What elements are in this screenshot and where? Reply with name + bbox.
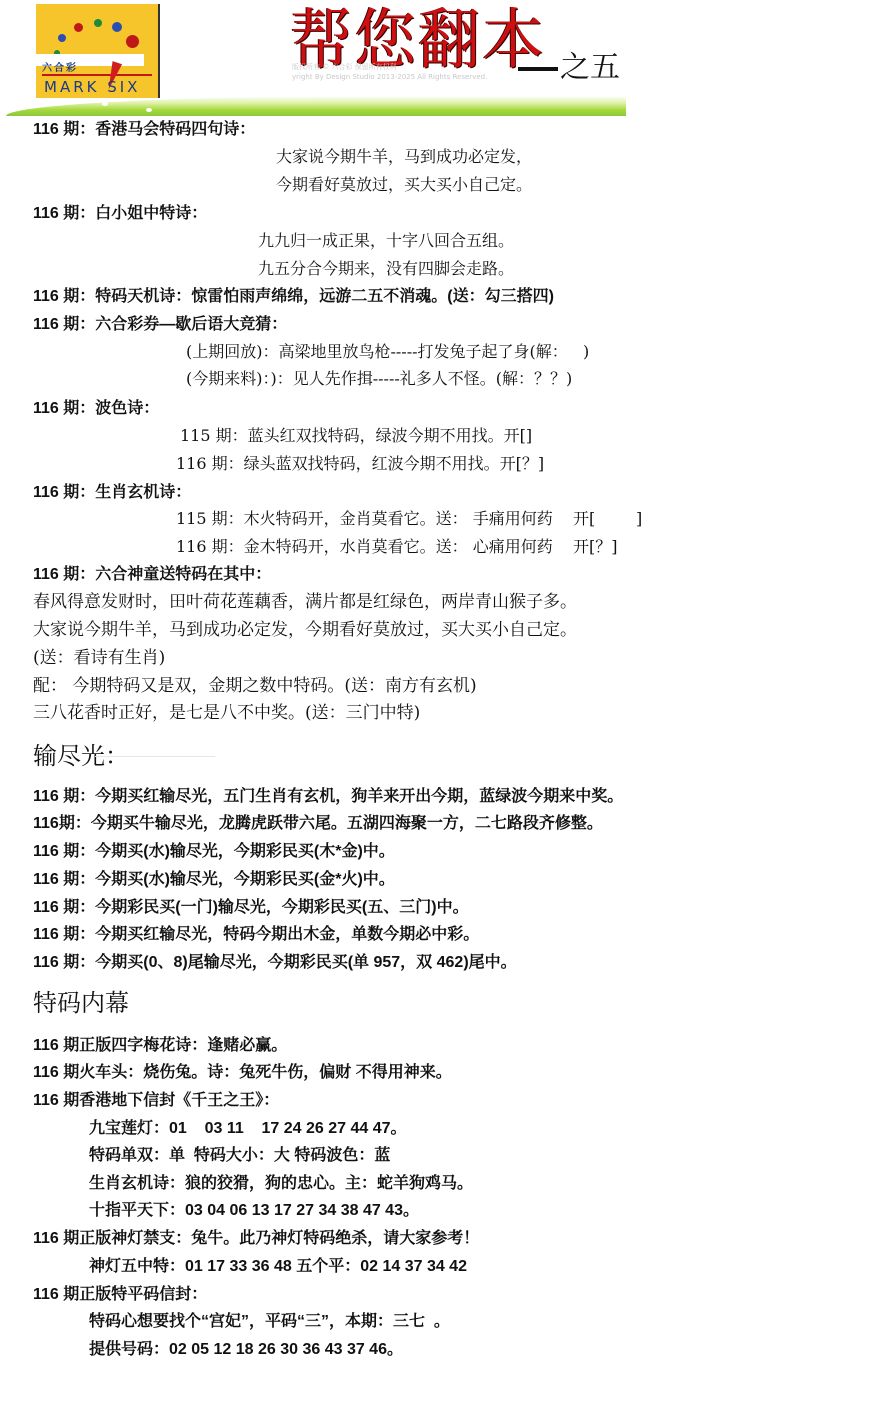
lose-all-item: 116 期：今期买红输尽光，五门生肖有玄机，狗羊来开出今期，蓝绿波今期来中奖。	[33, 786, 623, 808]
flat-line: 特码心想要找个“宫妃”，平码“三”，本期：三七 。	[89, 1311, 450, 1333]
inside-item: 116 期香港地下信封《千王之王》：	[33, 1090, 279, 1112]
envelope-line: 九宝莲灯：01 03 11 17 24 26 27 44 47。	[89, 1118, 407, 1140]
zodiac-line: 115 期：木火特码开，金肖莫看它。送： 手痛用何药 开[ ]	[176, 508, 642, 530]
inside-item: 116 期火车头：烧伤兔。诗：兔死牛伤，偏财 不得用神来。	[33, 1062, 452, 1084]
copyright-text: 版权所有 © 六合彩 保留所有权利 yright By Design Studi…	[292, 62, 487, 82]
logo-dot-icon	[58, 34, 66, 42]
poem-line: 春风得意发财时，田叶荷花莲藕香，满片都是红绿色，两岸青山猴子多。	[33, 591, 577, 613]
wave-line: 116 期：绿头蓝双找特码，红波今期不用找。开[？]	[176, 453, 544, 475]
lose-all-item: 116 期：今期买红输尽光，特码今期出木金，单数今期必中彩。	[33, 924, 479, 946]
flat-line: 提供号码：02 05 12 18 26 30 36 43 37 46。	[89, 1339, 403, 1361]
envelope-line: 特码单双：单 特码大小：大 特码波色：蓝	[89, 1145, 390, 1167]
lamp-lead: 116 期正版神灯禁支：兔牛。此乃神灯特码绝杀，请大家参考！	[33, 1228, 479, 1250]
mark-six-logo: 六合彩 MARK SIX	[36, 4, 160, 98]
envelope-line: 生肖玄机诗：狼的狡猾，狗的忠心。主：蛇羊狗鸡马。	[89, 1173, 473, 1195]
inside-item: 116 期正版四字梅花诗：逢赌必赢。	[33, 1035, 287, 1057]
poem-line: 九九归一成正果，十字八回合五组。	[258, 230, 514, 252]
envelope-line: 十指平天下：03 04 06 13 17 27 34 38 47 43。	[89, 1200, 419, 1222]
page-subtitle: 之五	[518, 42, 620, 86]
poem-line: 配： 今期特码又是双，金期之数中特码。(送：南方有玄机)	[33, 675, 477, 697]
poem-line: 今期看好莫放过，买大买小自己定。	[276, 174, 532, 196]
green-band-divider	[6, 96, 626, 116]
flat-lead: 116 期正版特平码信封：	[33, 1284, 207, 1306]
section-lead: 116 期：特码天机诗：惊雷怕雨声绵绵，远游二五不消魂。(送：勾三搭四)	[33, 286, 554, 308]
poem-line: (送：看诗有生肖)	[33, 647, 165, 669]
heading-rule	[95, 756, 215, 757]
logo-dot-icon	[112, 22, 122, 32]
logo-brand-en: MARK SIX	[44, 78, 140, 96]
lamp-line: 神灯五中特：01 17 33 36 48 五个平：02 14 37 34 42	[89, 1256, 467, 1278]
riddle-line: (上期回放)：高梁地里放鸟枪-----打发兔子起了身(解： )	[186, 341, 589, 363]
section-lead: 116 期：香港马会特码四句诗：	[33, 119, 255, 141]
copyright-line-2: yright By Design Studio 2013-2025 All Ri…	[292, 72, 487, 82]
section-lead: 116 期：白小姐中特诗：	[33, 203, 207, 225]
header-banner: 六合彩 MARK SIX 帮您翻本 版权所有 © 六合彩 保留所有权利 yrig…	[0, 0, 640, 118]
section-lead: 116 期：六合神童送特码在其中：	[33, 564, 271, 586]
section-lead: 116 期：生肖玄机诗：	[33, 482, 191, 504]
subtitle-text: 之五	[560, 50, 620, 85]
poem-line: 三八花香时正好，是七是八不中奖。(送：三门中特)	[33, 702, 420, 724]
logo-dot-icon	[126, 35, 139, 48]
lose-all-item: 116期：今期买牛输尽光，龙腾虎跃带六尾。五湖四海聚一方，二七路段齐修整。	[33, 813, 603, 835]
section-lead: 116 期：六合彩券—歇后语大竞猜：	[33, 314, 287, 336]
zodiac-line: 116 期：金木特码开，水肖莫看它。送： 心痛用何药 开[？]	[176, 536, 618, 558]
wave-line: 115 期：蓝头红双找特码，绿波今期不用找。开[]	[180, 425, 532, 447]
lose-all-item: 116 期：今期买(水)输尽光，今期彩民买(金*火)中。	[33, 869, 395, 891]
lose-all-item: 116 期：今期彩民买(一门)输尽光，今期彩民买(五、三门)中。	[33, 897, 469, 919]
sparkle-icon	[102, 102, 108, 106]
poem-line: 大家说今期牛羊，马到成功必定发，	[276, 146, 532, 168]
section-lead: 116 期：波色诗：	[33, 398, 159, 420]
subtitle-dash	[518, 67, 558, 71]
poem-line: 大家说今期牛羊，马到成功必定发，今期看好莫放过，买大买小自己定。	[33, 619, 577, 641]
lose-all-item: 116 期：今期买(水)输尽光，今期彩民买(木*金)中。	[33, 841, 395, 863]
riddle-line: (今期来料)：)：见人先作揖-----礼多人不怪。(解：？？)	[186, 368, 572, 390]
poem-line: 九五分合今期来，没有四脚会走路。	[258, 258, 514, 280]
lose-all-item: 116 期：今期买(0、8)尾输尽光，今期彩民买(单 957，双 462)尾中。	[33, 952, 517, 974]
sparkle-icon	[146, 108, 152, 112]
logo-dot-icon	[74, 23, 83, 32]
section-heading-inside: 特码内幕	[33, 987, 129, 1019]
logo-brand-cn: 六合彩	[42, 64, 152, 76]
copyright-line-1: 版权所有 © 六合彩 保留所有权利	[292, 62, 487, 72]
logo-dot-icon	[94, 19, 102, 27]
